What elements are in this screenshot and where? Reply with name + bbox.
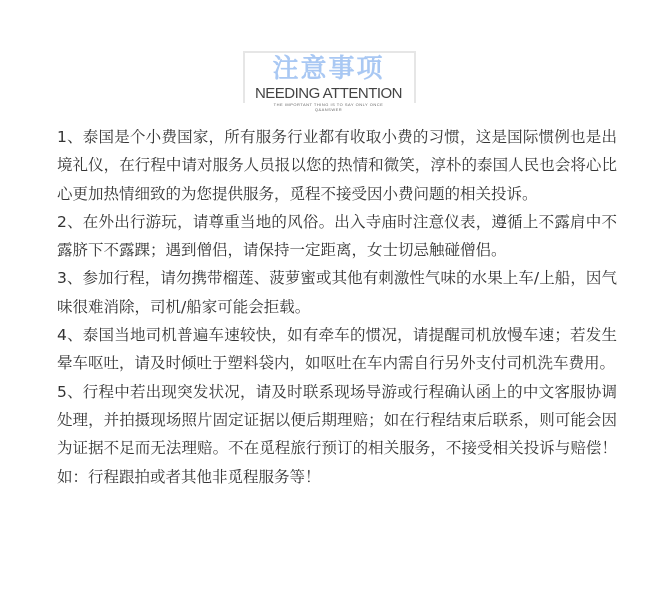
notice-list: 1、泰国是个小费国家，所有服务行业都有收取小费的习惯，这是国际惯例也是出境礼仪，…: [57, 123, 617, 491]
notice-item-driving: 4、泰国当地司机普遍车速较快，如有牵车的惯况，请提醒司机放慢车速；若发生晕车呕吐…: [57, 321, 617, 378]
header-subtitle-line2: Q&ANSWER: [0, 107, 657, 112]
notice-item-fruit: 3、参加行程，请勿携带榴莲、菠萝蜜或其他有刺激性气味的水果上车/上船，因气味很难…: [57, 264, 617, 321]
notice-item-tipping: 1、泰国是个小费国家，所有服务行业都有收取小费的习惯，这是国际惯例也是出境礼仪，…: [57, 123, 617, 208]
notice-header: 注意事项 NEEDING ATTENTION THE IMPORTANT THI…: [0, 0, 657, 115]
notice-item-customs: 2、在外出行游玩，请尊重当地的风俗。出入寺庙时注意仪表，遵循上不露肩中不露脐下不…: [57, 208, 617, 265]
header-title-en: NEEDING ATTENTION: [0, 86, 657, 102]
notice-item-emergency: 5、行程中若出现突发状况，请及时联系现场导游或行程确认函上的中文客服协调处理，并…: [57, 378, 617, 491]
header-subtitle: THE IMPORTANT THING IS TO SAY ONLY ONCE …: [0, 102, 657, 112]
header-title-en-text: NEEDING ATTENTION: [252, 85, 405, 102]
header-title-cn: 注意事项: [0, 55, 657, 83]
